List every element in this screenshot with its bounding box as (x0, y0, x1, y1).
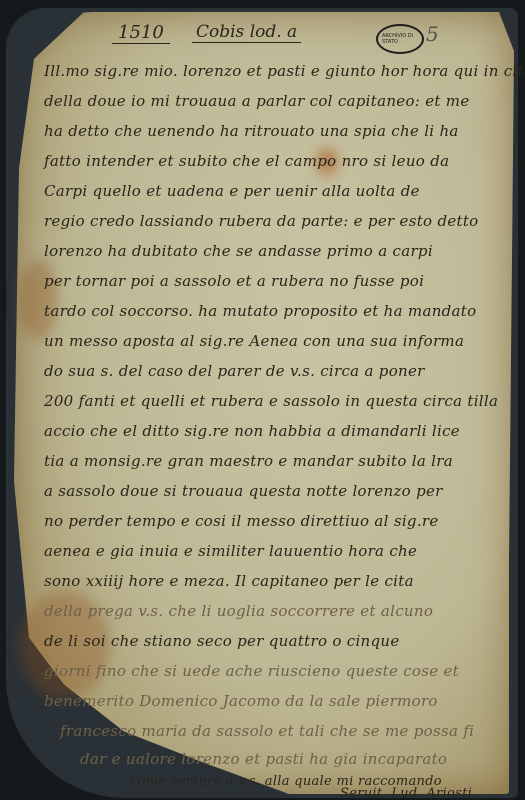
text-line: tia a monsig.re gran maestro e mandar su… (44, 452, 453, 470)
text-line: giorni fino che si uede ache riuscieno q… (44, 662, 459, 680)
text-line: aenea e gia inuia e similiter lauuentio … (44, 542, 417, 560)
text-line: no perder tempo e cosi il messo direttiu… (44, 512, 439, 530)
text-line: ha detto che uenendo ha ritrouato una sp… (44, 122, 459, 140)
year-annotation: 1510 (112, 22, 170, 44)
text-line: 200 fanti et quelli et rubera e sassolo … (44, 392, 498, 410)
text-line: accio che el ditto sig.re non habbia a d… (44, 422, 460, 440)
text-line: tardo col soccorso. ha mutato proposito … (44, 302, 476, 320)
text-line: a sassolo doue si trouaua questa notte l… (44, 482, 443, 500)
text-line: per tornar poi a sassolo et a rubera no … (44, 272, 424, 290)
text-line: do sua s. del caso del parer de v.s. cir… (44, 362, 425, 380)
text-line: fatto intender et subito che el campo nr… (44, 152, 449, 170)
stamp-text: ARCHIVIO DI STATO (382, 33, 422, 45)
text-line: della prega v.s. che li uoglia soccorrer… (44, 602, 433, 620)
text-line: un messo aposta al sig.re Aenea con una … (44, 332, 464, 350)
text-line: della doue io mi trouaua a parlar col ca… (44, 92, 470, 110)
text-line: sono xxiiij hore e meza. Il capitaneo pe… (44, 572, 414, 590)
text-line: de li soi che stiano seco per quattro o … (44, 632, 400, 650)
archive-stamp-icon: ARCHIVIO DI STATO (376, 24, 424, 54)
text-line: francesco maria da sassolo et tali che s… (60, 722, 474, 740)
text-line: Ill.mo sig.re mio. lorenzo et pasti e gi… (44, 62, 525, 80)
signature: Seruit. Lud. Ariosti (340, 786, 472, 800)
text-line: dar e ualore lorenzo et pasti ha gia inc… (80, 750, 447, 768)
folio-number: 5 (426, 22, 439, 46)
archival-heading: Cobis lod. a (192, 22, 301, 43)
text-line: regio credo lassiando rubera da parte: e… (44, 212, 479, 230)
text-line: Carpi quello et uadena e per uenir alla … (44, 182, 420, 200)
text-line: lorenzo ha dubitato che se andasse primo… (44, 242, 433, 260)
text-line: benemerito Domenico Jacomo da la sale pi… (44, 692, 438, 710)
